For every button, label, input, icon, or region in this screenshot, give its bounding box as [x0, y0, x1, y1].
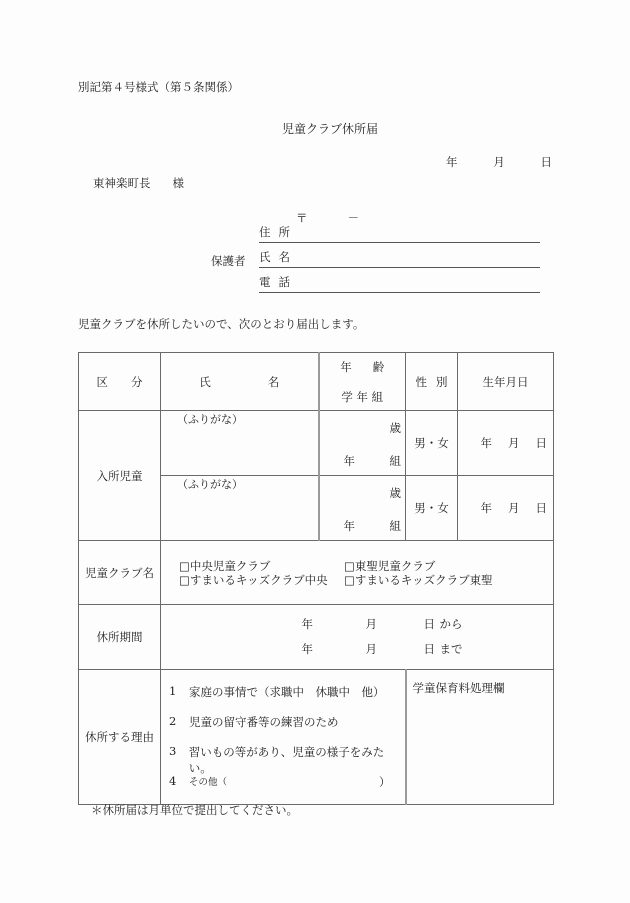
intro-text: 児童クラブを休所したいので、次のとおり届出します。: [78, 319, 364, 331]
name-label: 氏名: [259, 249, 298, 265]
date-day: 日: [541, 157, 553, 169]
reason-label: 休所する理由: [79, 670, 161, 805]
period-from[interactable]: 年 月 日 から: [211, 619, 553, 631]
address-field[interactable]: 住所: [259, 229, 540, 243]
club-checkbox-smile-tosei[interactable]: □すまいるキッズクラブ東聖: [344, 573, 493, 587]
document-page: 別記第４号様式（第５条関係） 児童クラブ休所届 年 月 日 東神楽町長様 〒－ …: [0, 0, 630, 903]
document-title: 児童クラブ休所届: [282, 123, 378, 135]
table-header-row: 区 分 氏 名 年 齢 学 年 組 性 別: [79, 353, 554, 411]
header-age-grade: 年 齢 学 年 組: [319, 353, 406, 411]
child-name-field[interactable]: （ふりがな）: [161, 476, 319, 541]
header-name: 氏 名: [161, 353, 319, 411]
address-label: 住所: [259, 224, 298, 240]
period-fields[interactable]: 年 月 日 から 年 月 日 まで: [161, 605, 554, 670]
reason-row: 休所する理由 1 家庭の事情で（求職中 休職中 他） 2 児童の留守番等の練習の…: [79, 670, 554, 805]
header-dob: 生年月日: [458, 353, 554, 411]
club-checkbox-smile-chuo[interactable]: □すまいるキッズクラブ中央: [179, 573, 344, 587]
child-gender-field[interactable]: 男・女: [406, 411, 458, 476]
reason-option-2[interactable]: 2 児童の留守番等の練習のため: [169, 714, 405, 744]
children-label: 入所児童: [79, 411, 161, 541]
guardian-label: 保護者: [211, 256, 246, 268]
reason-options: 1 家庭の事情で（求職中 休職中 他） 2 児童の留守番等の練習のため 3 習い…: [161, 670, 406, 805]
reason-option-4[interactable]: 4 その他（ ）: [169, 774, 405, 804]
postal-dash: －: [348, 211, 360, 225]
reason-option-3[interactable]: 3 習いもの等があり、児童の様子をみたい。: [169, 744, 405, 774]
name-field[interactable]: 氏名: [259, 254, 540, 268]
processing-label: 学童保育料処理欄: [413, 681, 505, 695]
furigana-label: （ふりがな）: [177, 414, 243, 425]
submission-date: 年 月 日: [446, 157, 552, 169]
furigana-label: （ふりがな）: [177, 479, 243, 490]
addressee-honorific: 様: [173, 176, 185, 190]
reason-option-1[interactable]: 1 家庭の事情で（求職中 休職中 他）: [169, 684, 405, 714]
phone-label: 電話: [259, 274, 298, 290]
postal-code-field[interactable]: 〒－: [296, 213, 359, 225]
processing-field: 学童保育料処理欄: [406, 670, 554, 805]
footnote: ＊休所届は月単位で提出してください。: [91, 805, 298, 817]
postal-mark: 〒: [296, 211, 308, 225]
child-age-grade-field[interactable]: 歳 年 組: [319, 411, 406, 476]
closure-form-table: 区 分 氏 名 年 齢 学 年 組 性 別: [78, 352, 554, 805]
club-row: 児童クラブ名 □中央児童クラブ □東聖児童クラブ □すまいるキッズクラブ中央 □…: [79, 541, 554, 605]
child-row-1: 入所児童 （ふりがな） 歳 年 組 男・女 年 月 日: [79, 411, 554, 476]
child-dob-field[interactable]: 年 月 日: [458, 476, 554, 541]
form-reference: 別記第４号様式（第５条関係）: [78, 82, 239, 94]
addressee-name: 東神楽町長: [93, 176, 151, 190]
club-checkbox-chuo[interactable]: □中央児童クラブ: [179, 559, 344, 573]
period-to[interactable]: 年 月 日 まで: [211, 644, 553, 656]
date-year: 年: [446, 157, 458, 169]
club-label: 児童クラブ名: [79, 541, 161, 605]
child-name-field[interactable]: （ふりがな）: [161, 411, 319, 476]
period-label: 休所期間: [79, 605, 161, 670]
addressee: 東神楽町長様: [93, 178, 184, 190]
date-month: 月: [493, 157, 505, 169]
child-dob-field[interactable]: 年 月 日: [458, 411, 554, 476]
phone-field[interactable]: 電話: [259, 279, 540, 293]
period-row: 休所期間 年 月 日 から 年 月 日 まで: [79, 605, 554, 670]
club-checkbox-tosei[interactable]: □東聖児童クラブ: [344, 559, 435, 573]
child-gender-field[interactable]: 男・女: [406, 476, 458, 541]
header-category: 区 分: [79, 353, 161, 411]
club-options: □中央児童クラブ □東聖児童クラブ □すまいるキッズクラブ中央 □すまいるキッズ…: [161, 541, 554, 605]
child-age-grade-field[interactable]: 歳 年 組: [319, 476, 406, 541]
header-gender: 性 別: [406, 353, 458, 411]
